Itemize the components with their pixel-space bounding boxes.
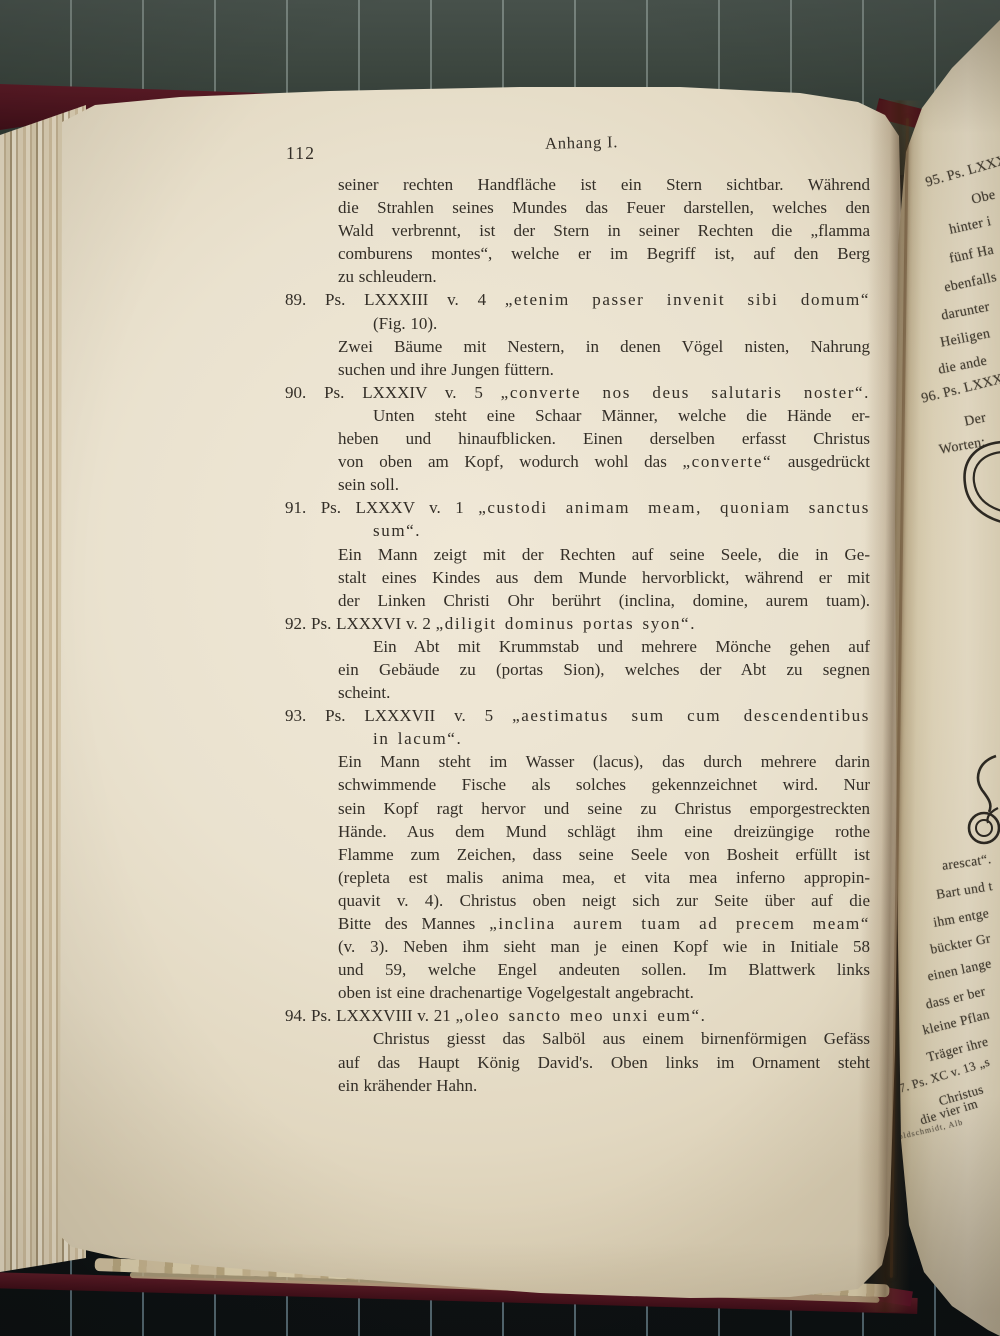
text-line: Flamme zum Zeichen, dass seine Seele von… [285, 843, 870, 866]
book-photo: 95. Ps. LXXX Obe hinter i fünf Ha ebenfa… [0, 0, 1000, 1336]
text-line: (v. 3). Neben ihm sieht man je einen Kop… [285, 935, 870, 958]
text-line: stalt eines Kindes aus dem Munde hervorb… [285, 566, 870, 589]
text-line: von oben am Kopf, wodurch wohl das „conv… [285, 450, 870, 473]
left-page-content: 112 Anhang I. seiner rechten Handfläche … [0, 0, 1000, 1336]
text-line: heben und hinaufblicken. Einen derselben… [285, 427, 870, 450]
text-line: Unten steht eine Schaar Männer, welche d… [285, 404, 870, 427]
text-line: quavit v. 4). Christus oben neigt sich z… [285, 889, 870, 912]
text-line: der Linken Christi Ohr berührt (inclina,… [285, 589, 870, 612]
text-line: sein Kopf ragt hervor und seine zu Chris… [285, 797, 870, 820]
text-line: Zwei Bäume mit Nestern, in denen Vögel n… [285, 335, 870, 358]
page-number: 112 [286, 143, 315, 164]
text-line: suchen und ihre Jungen füttern. [285, 358, 870, 381]
text-block: seiner rechten Handfläche ist ein Stern … [285, 173, 870, 1097]
text-line: Ein Mann steht im Wasser (lacus), das du… [285, 750, 870, 773]
text-line: (repleta est malis anima mea, et vita me… [285, 866, 870, 889]
text-line: ein Gebäude zu (portas Sion), welches de… [285, 658, 870, 681]
text-line: seiner rechten Handfläche ist ein Stern … [285, 173, 870, 196]
text-line: zu schleudern. [285, 265, 870, 288]
text-line: Bitte des Mannes „inclina aurem tuam ad … [285, 912, 870, 935]
text-line: 90. Ps. LXXXIV v. 5 „converte nos deus s… [285, 381, 870, 404]
text-line: sein soll. [285, 473, 870, 496]
text-line: ein krähender Hahn. [285, 1074, 870, 1097]
text-line: in lacum“. [285, 727, 870, 750]
text-line: und 59, welche Engel andeuten sollen. Im… [285, 958, 870, 981]
text-line: Wald verbrennt, ist der Stern in seiner … [285, 219, 870, 242]
text-line: oben ist eine drachenartige Vogelgestalt… [285, 981, 870, 1004]
text-line: Christus giesst das Salböl aus einem bir… [285, 1027, 870, 1050]
text-line: comburens montes“, welche er im Begriff … [285, 242, 870, 265]
text-line: Ein Abt mit Krummstab und mehrere Mönche… [285, 635, 870, 658]
text-line: 91. Ps. LXXXV v. 1 „custodi animam meam,… [285, 496, 870, 519]
running-header: Anhang I. [545, 132, 619, 154]
text-line: 94. Ps. LXXXVIII v. 21 „oleo sancto meo … [285, 1004, 870, 1027]
text-line: Hände. Aus dem Mund schlägt ihm eine dre… [285, 820, 870, 843]
text-line: sum“. [285, 519, 870, 542]
text-line: die Strahlen seines Mundes das Feuer dar… [285, 196, 870, 219]
text-line: Ein Mann zeigt mit der Rechten auf seine… [285, 543, 870, 566]
text-line: scheint. [285, 681, 870, 704]
text-line: 92. Ps. LXXXVI v. 2 „diligit dominus por… [285, 612, 870, 635]
text-line: schwimmende Fische als solches gekennzei… [285, 773, 870, 796]
text-line: 89. Ps. LXXXIII v. 4 „etenim passer inve… [285, 288, 870, 311]
text-line: (Fig. 10). [285, 312, 870, 335]
text-line: 93. Ps. LXXXVII v. 5 „aestimatus sum cum… [285, 704, 870, 727]
text-line: auf das Haupt König David's. Oben links … [285, 1051, 870, 1074]
